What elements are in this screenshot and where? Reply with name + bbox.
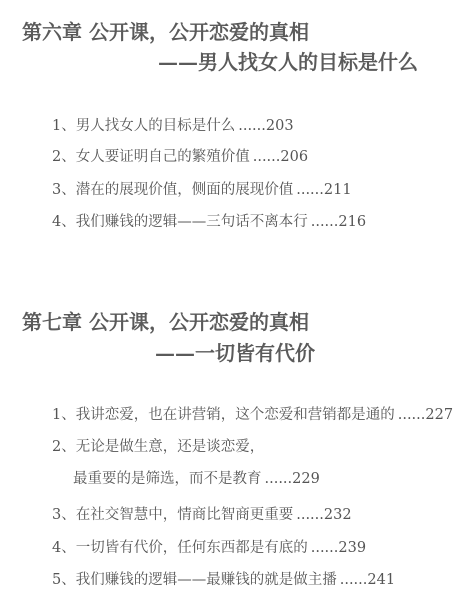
toc-entry-title: 最重要的是筛选，而不是教育 — [73, 471, 262, 487]
toc-entry-page: ......206 — [253, 149, 308, 165]
toc-entry-page: ......229 — [265, 471, 320, 487]
toc-entry-title: 3、潜在的展现价值，侧面的展现价值 — [52, 182, 293, 198]
toc-entry-page: ......216 — [311, 214, 366, 230]
chapter-6-title: 第六章 公开课，公开恋爱的真相 — [22, 16, 309, 45]
toc-entry[interactable]: 2、无论是做生意，还是谈恋爱， — [52, 435, 267, 456]
toc-entry-title: 1、男人找女人的目标是什么 — [52, 118, 235, 134]
toc-entry-title: 2、女人要证明自己的繁殖价值 — [52, 149, 250, 165]
toc-entry[interactable]: 1、男人找女人的目标是什么......203 — [52, 114, 294, 135]
chapter-6-subtitle: ——男人找女人的目标是什么 — [158, 46, 418, 75]
chapter-7-subtitle: ——一切皆有代价 — [155, 337, 315, 366]
toc-entry-page: ......227 — [398, 407, 453, 423]
toc-entry[interactable]: 1、我讲恋爱，也在讲营销，这个恋爱和营销都是通的......227 — [52, 403, 453, 424]
toc-entry-title: 2、无论是做生意，还是谈恋爱， — [52, 439, 264, 455]
toc-entry[interactable]: 3、潜在的展现价值，侧面的展现价值......211 — [52, 178, 352, 199]
toc-entry-title: 4、我们赚钱的逻辑——三句话不离本行 — [52, 214, 308, 230]
toc-entry-continuation[interactable]: 最重要的是筛选，而不是教育......229 — [73, 467, 320, 488]
toc-entry[interactable]: 4、一切皆有代价，任何东西都是有底的......239 — [52, 536, 366, 557]
toc-entry-title: 1、我讲恋爱，也在讲营销，这个恋爱和营销都是通的 — [52, 407, 395, 423]
toc-entry[interactable]: 2、女人要证明自己的繁殖价值......206 — [52, 145, 308, 166]
toc-entry[interactable]: 5、我们赚钱的逻辑——最赚钱的就是做主播......241 — [52, 568, 395, 589]
chapter-7-title: 第七章 公开课，公开恋爱的真相 — [22, 306, 309, 335]
toc-entry-page: ......203 — [238, 118, 293, 134]
toc-entry-page: ......241 — [340, 572, 395, 588]
toc-entry-page: ......239 — [311, 540, 366, 556]
toc-entry-title: 5、我们赚钱的逻辑——最赚钱的就是做主播 — [52, 572, 337, 588]
toc-entry-title: 3、在社交智慧中，情商比智商更重要 — [52, 507, 293, 523]
toc-entry[interactable]: 3、在社交智慧中，情商比智商更重要......232 — [52, 503, 352, 524]
toc-entry[interactable]: 4、我们赚钱的逻辑——三句话不离本行......216 — [52, 210, 366, 231]
toc-entry-title: 4、一切皆有代价，任何东西都是有底的 — [52, 540, 308, 556]
toc-entry-page: ......232 — [296, 507, 351, 523]
toc-entry-page: ......211 — [296, 182, 351, 198]
